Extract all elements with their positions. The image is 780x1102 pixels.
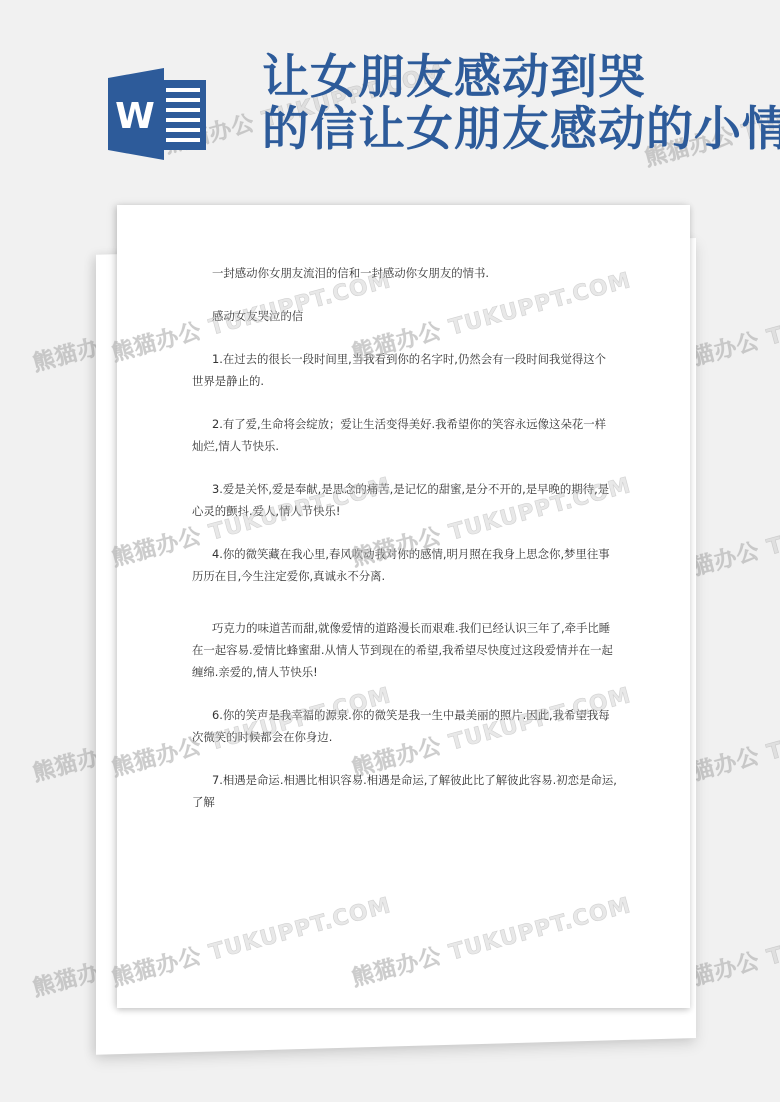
document-body: 一封感动你女朋友流泪的信和一封感动你女朋友的情书. 感动女友哭泣的信 1.在过去… — [192, 262, 617, 834]
document-page: 一封感动你女朋友流泪的信和一封感动你女朋友的情书. 感动女友哭泣的信 1.在过去… — [117, 205, 690, 1008]
document-paragraph: 4.你的微笑藏在我心里,春风吹动我对你的感情,明月照在我身上思念你,梦里往事历历… — [192, 543, 617, 587]
watermark: 熊猫办公 TUKUPPT.COM — [348, 888, 634, 993]
title-line-2: 的信让女朋友感动的小情 — [262, 104, 780, 156]
title-line-1: 让女朋友感动到哭 — [262, 52, 780, 104]
watermark: 熊猫办公 TUKUPPT.COM — [108, 888, 394, 993]
document-paragraph: 2.有了爱,生命将会绽放；爱让生活变得美好.我希望你的笑容永远像这朵花一样灿烂,… — [192, 413, 617, 457]
document-paragraph: 3.爱是关怀,爱是奉献,是思念的痛苦,是记忆的甜蜜,是分不开的,是早晚的期待,是… — [192, 478, 617, 522]
microsoft-word-icon: W — [108, 68, 208, 160]
document-paragraph: 巧克力的味道苦而甜,就像爱情的道路漫长而艰难.我们已经认识三年了,牵手比睡在一起… — [192, 617, 617, 683]
document-paragraph: 一封感动你女朋友流泪的信和一封感动你女朋友的情书. — [192, 262, 617, 284]
document-paragraph: 6.你的笑声是我幸福的源泉.你的微笑是我一生中最美丽的照片.因此,我希望我每次微… — [192, 704, 617, 748]
document-heading: 感动女友哭泣的信 — [192, 305, 617, 327]
svg-text:W: W — [115, 96, 155, 137]
document-paragraph: 1.在过去的很长一段时间里,当我看到你的名字时,仍然会有一段时间我觉得这个世界是… — [192, 348, 617, 392]
page-title: 让女朋友感动到哭 的信让女朋友感动的小情 — [262, 52, 780, 156]
document-paragraph: 7.相遇是命运.相遇比相识容易.相遇是命运,了解彼此比了解彼此容易.初恋是命运,… — [192, 769, 617, 813]
